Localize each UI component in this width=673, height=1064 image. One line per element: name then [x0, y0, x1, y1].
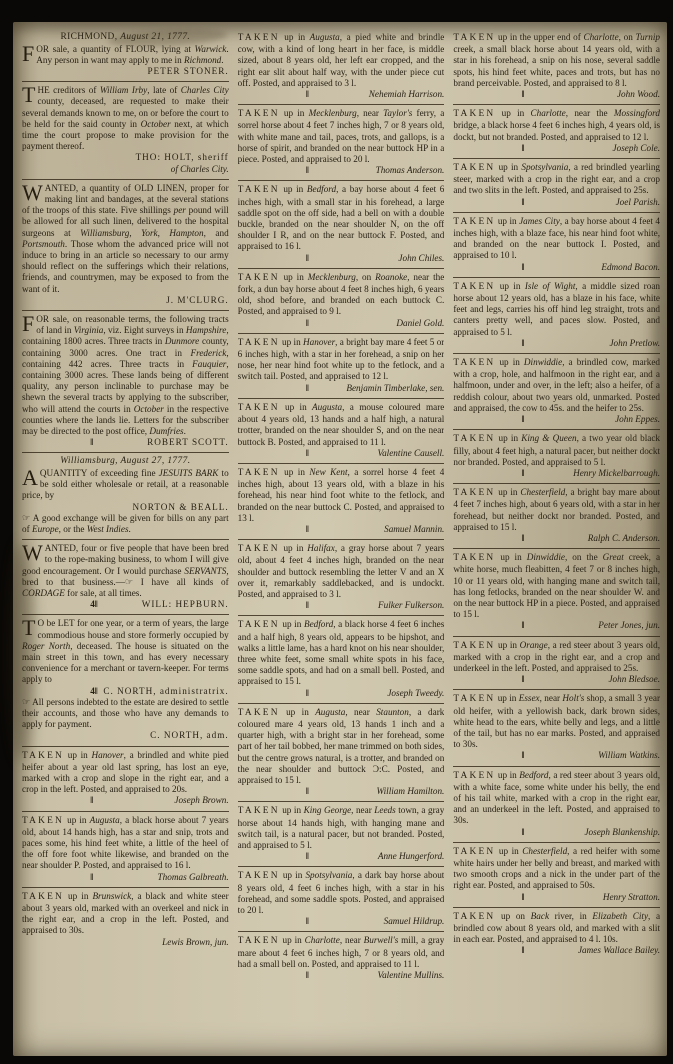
signature-line: ‖Joseph Blankenship. — [453, 827, 660, 838]
notice-lead: TAKEN — [238, 468, 280, 478]
section-mark: ‖ — [306, 524, 309, 535]
signatory-name: John Bledsoe. — [608, 674, 660, 685]
notice-text: TAKEN up in King & Queen, a two year old… — [453, 433, 660, 468]
signature-line: ‖William Watkins. — [453, 750, 660, 761]
section-mark: ‖ — [306, 916, 309, 927]
notice-lead: TAKEN — [238, 33, 280, 43]
notice-text: TO be LET for one year, or a term of yea… — [22, 618, 229, 685]
notice-text: TAKEN up in Spotsylvania, a red brindled… — [453, 162, 660, 197]
signature-line: ‖John Bledsoe. — [453, 674, 660, 685]
signatory-name: Anne Hungerford. — [378, 851, 445, 862]
notice: TAKEN up in Chesterfield, a bright bay m… — [453, 483, 660, 546]
notice-text: ☞ All persons indebted to the estate are… — [22, 697, 229, 731]
notice-lead: TAKEN — [453, 434, 495, 444]
signatory-name: Henry Stratton. — [603, 892, 660, 903]
notice-text: TAKEN up in Bedford, a bay horse about 4… — [238, 184, 445, 252]
signatory-name: John Pretlow. — [609, 338, 660, 349]
signature-line: 4‖C. NORTH, administratrix. — [22, 686, 229, 697]
notice-text: TAKEN up in Bedford, a red steer about 3… — [453, 770, 660, 827]
signatory-name: C. NORTH, administratrix. — [103, 686, 228, 697]
signatory-name: Joseph Cole. — [613, 143, 660, 154]
signatory-name: ROBERT SCOTT. — [147, 437, 229, 448]
signatory-name: Ralph C. Anderson. — [588, 533, 660, 544]
signatory-name: Joseph Tweedy. — [387, 688, 444, 699]
signature-line: ‖Ralph C. Anderson. — [453, 533, 660, 544]
notice-text: TAKEN up in Mecklenburg, near Taylor's f… — [238, 108, 445, 165]
signature-line: ‖ROBERT SCOTT. — [22, 437, 229, 448]
signature-line: ‖William Hamilton. — [238, 786, 445, 797]
section-mark: ‖ — [306, 165, 309, 176]
dateline: Williamsburg, August 27, 1777. — [22, 456, 229, 468]
signatory-name: John Chiles. — [398, 253, 444, 264]
notice-lead: TAKEN — [453, 694, 495, 704]
notice: TAKEN up in Mecklenburg, on Roanoke, nea… — [238, 268, 445, 331]
notice-text: TAKEN up in Augusta, a mouse coloured ma… — [238, 402, 445, 448]
signature-line: ‖Nehemiah Harrison. — [238, 89, 445, 100]
notice: WANTED, four or five people that have be… — [22, 539, 229, 612]
notice-lead: TAKEN — [238, 620, 280, 630]
signatory-name: PETER STONER. — [147, 66, 228, 77]
section-mark: ‖ — [306, 688, 309, 699]
section-mark: ‖ — [522, 414, 525, 425]
signature-line: ‖John Eppes. — [453, 414, 660, 425]
section-mark: ‖ — [522, 892, 525, 903]
section-mark: ‖ — [306, 318, 309, 329]
signatory-name: James Wallace Bailey. — [578, 945, 660, 956]
notice-lead: TAKEN — [238, 806, 280, 816]
signatory-name: Lewis Brown, jun. — [162, 937, 229, 948]
notice-text: TAKEN up in Chesterfield, a bright bay m… — [453, 487, 660, 533]
section-mark: ‖ — [306, 253, 309, 264]
notice-lead: TAKEN — [453, 33, 495, 43]
signature-line: ‖Valentine Causell. — [238, 448, 445, 459]
notice-text: TAKEN up in Mecklenburg, on Roanoke, nea… — [238, 272, 445, 318]
notice-text: WANTED, a quantity of OLD LINEN, proper … — [22, 183, 229, 295]
signatory-name: of Charles City. — [171, 164, 229, 175]
notice: TAKEN up in James City, a bay horse abou… — [453, 212, 660, 275]
section-mark: ‖ — [90, 872, 93, 883]
notice-lead: TAKEN — [238, 109, 280, 119]
section-mark: ‖ — [522, 197, 525, 208]
notice-lead: TAKEN — [238, 403, 280, 413]
notice-text: TAKEN up in Isle of Wight, a middle size… — [453, 281, 660, 338]
signature-line: NORTON & BEALL. — [22, 502, 229, 513]
notice: TAKEN up in Bedford, a red steer about 3… — [453, 766, 660, 840]
signature-line: PETER STONER. — [22, 66, 229, 77]
signature-line: ‖Daniel Gold. — [238, 318, 445, 329]
section-mark: ‖ — [522, 750, 525, 761]
notice-text: TAKEN up in the upper end of Charlotte, … — [453, 32, 660, 89]
section-mark: 4‖ — [90, 599, 98, 610]
notice: TAKEN up in Isle of Wight, a middle size… — [453, 277, 660, 351]
drop-cap: T — [22, 85, 37, 105]
notice-text: FOR sale, a quantity of FLOUR, lying at … — [22, 44, 229, 66]
column-1: RICHMOND, August 21, 1777.FOR sale, a qu… — [22, 31, 229, 1050]
notice-text: TAKEN up on Back river, in Elizabeth Cit… — [453, 911, 660, 946]
notice: TAKEN up in Augusta, a pied white and br… — [238, 31, 445, 102]
notice-text: TAKEN up in Halifax, a gray horse about … — [238, 543, 445, 600]
notice-text: TAKEN up in Orange, a red steer about 3 … — [453, 640, 660, 675]
signature-line: ‖Thomas Anderson. — [238, 165, 445, 176]
notice: TAKEN up in Charlotte, near Burwell's mi… — [238, 931, 445, 983]
section-mark: ‖ — [306, 786, 309, 797]
signatory-name: John Eppes. — [615, 414, 660, 425]
notice: TAKEN up in Halifax, a gray horse about … — [238, 539, 445, 613]
drop-cap: F — [22, 314, 36, 334]
notice-text: TAKEN up in Chesterfield, a red heifer w… — [453, 846, 660, 892]
signature-line: ‖Anne Hungerford. — [238, 851, 445, 862]
section-mark: ‖ — [306, 89, 309, 100]
signature-line: of Charles City. — [22, 164, 229, 175]
signature-line: ‖Joseph Cole. — [453, 143, 660, 154]
signatory-name: Joel Parish. — [616, 197, 660, 208]
notice: Williamsburg, August 27, 1777.AQUANTITY … — [22, 452, 229, 537]
notice-text: TAKEN up in Dinwiddie, a brindled cow, m… — [453, 357, 660, 414]
signature-line: ‖Henry Mickelbarrough. — [453, 468, 660, 479]
section-mark: ‖ — [522, 533, 525, 544]
notice-text: AQUANTITY of exceeding fine JESUITS BARK… — [22, 468, 229, 502]
signature-line: ‖John Pretlow. — [453, 338, 660, 349]
signature-line: ‖Peter Jones, jun. — [453, 620, 660, 631]
notice-lead: TAKEN — [453, 553, 495, 563]
notice: TAKEN up in Augusta, a mouse coloured ma… — [238, 398, 445, 461]
section-mark: ‖ — [306, 383, 309, 394]
notice: TAKEN up in Spotsylvania, a dark bay hor… — [238, 866, 445, 929]
notice: TAKEN up in Essex, near Holt's shop, a s… — [453, 689, 660, 763]
notice: TAKEN up in Dinwiddie, on the Great cree… — [453, 548, 660, 633]
notice: TAKEN up in King & Queen, a two year old… — [453, 429, 660, 481]
notice: TAKEN up in Augusta, near Staunton, a da… — [238, 703, 445, 800]
column-2: TAKEN up in Augusta, a pied white and br… — [238, 31, 445, 1050]
notice-text: TAKEN up in King George, near Leeds town… — [238, 805, 445, 851]
notice: TAKEN up in New Kent, a sorrel horse 4 f… — [238, 463, 445, 537]
notice-lead: TAKEN — [238, 338, 280, 348]
notice-text: TAKEN up in Charlotte, near the Mossingf… — [453, 108, 660, 143]
notice-lead: TAKEN — [238, 185, 280, 195]
notice: TAKEN up in Spotsylvania, a red brindled… — [453, 158, 660, 210]
notice-text: TAKEN up in Hanover, a brindled and whit… — [22, 750, 229, 796]
notice: TAKEN up in Chesterfield, a red heifer w… — [453, 842, 660, 905]
signature-line: Lewis Brown, jun. — [22, 937, 229, 948]
signatory-name: John Wood. — [617, 89, 660, 100]
section-mark: ‖ — [522, 143, 525, 154]
notice-lead: TAKEN — [238, 936, 280, 946]
notice-lead: TAKEN — [453, 282, 495, 292]
section-mark: ‖ — [522, 338, 525, 349]
notice: TO be LET for one year, or a term of yea… — [22, 614, 229, 743]
signature-line: ‖Thomas Galbreath. — [22, 872, 229, 883]
signatory-name: NORTON & BEALL. — [132, 502, 228, 513]
signature-line: ‖James Wallace Bailey. — [453, 945, 660, 956]
section-mark: ‖ — [522, 620, 525, 631]
notice: FOR sale, on reasonable terms, the follo… — [22, 310, 229, 450]
notice-text: TAKEN up in Augusta, a pied white and br… — [238, 32, 445, 89]
section-mark: ‖ — [522, 674, 525, 685]
signatory-name: Thomas Anderson. — [376, 165, 445, 176]
notice-lead: TAKEN — [453, 847, 495, 857]
dateline: RICHMOND, August 21, 1777. — [22, 32, 229, 44]
notice-text: TAKEN up in Hanover, a bright bay mare 4… — [238, 337, 445, 383]
notice: TAKEN up in Hanover, a bright bay mare 4… — [238, 333, 445, 396]
signature-line: ‖Benjamin Timberlake, sen. — [238, 383, 445, 394]
drop-cap: F — [22, 44, 36, 64]
notice-lead: TAKEN — [238, 871, 280, 881]
drop-cap: T — [22, 618, 37, 638]
signatory-name: J. M'CLURG. — [166, 295, 228, 306]
section-mark: ‖ — [90, 795, 93, 806]
notice: WANTED, a quantity of OLD LINEN, proper … — [22, 179, 229, 308]
drop-cap: A — [22, 468, 40, 488]
notice-text: TAKEN up in Augusta, a black horse about… — [22, 815, 229, 872]
notice: TAKEN up in Dinwiddie, a brindled cow, m… — [453, 353, 660, 427]
notice-lead: TAKEN — [453, 163, 495, 173]
column-3: TAKEN up in the upper end of Charlotte, … — [453, 31, 660, 1050]
signatory-name: William Watkins. — [598, 750, 660, 761]
signatory-name: Daniel Gold. — [396, 318, 444, 329]
section-mark: 4‖ — [90, 686, 98, 697]
notice-text: TAKEN up in Bedford, a black horse 4 fee… — [238, 619, 445, 687]
notice: TAKEN up in Charlotte, near the Mossingf… — [453, 104, 660, 156]
section-mark: ‖ — [522, 262, 525, 273]
signature-line: ‖Henry Stratton. — [453, 892, 660, 903]
section-mark: ‖ — [306, 970, 309, 981]
signatory-name: Fulker Fulkerson. — [378, 600, 444, 611]
signatory-name: Peter Jones, jun. — [598, 620, 660, 631]
signature-line: 4‖WILL: HEPBURN. — [22, 599, 229, 610]
signatory-name: Samuel Hildrup. — [384, 916, 445, 927]
notice: TAKEN up in Mecklenburg, near Taylor's f… — [238, 104, 445, 178]
notice-text: TAKEN up in Augusta, near Staunton, a da… — [238, 707, 445, 786]
newspaper-page: RICHMOND, August 21, 1777.FOR sale, a qu… — [13, 22, 667, 1056]
signature-line: ‖John Wood. — [453, 89, 660, 100]
notice: TAKEN up in King George, near Leeds town… — [238, 801, 445, 864]
columns: RICHMOND, August 21, 1777.FOR sale, a qu… — [22, 31, 660, 1050]
section-mark: ‖ — [522, 89, 525, 100]
signature-line: ‖Joseph Brown. — [22, 795, 229, 806]
signature-line: ‖Fulker Fulkerson. — [238, 600, 445, 611]
notice: TAKEN up in Augusta, a black horse about… — [22, 811, 229, 885]
notice-lead: TAKEN — [453, 109, 495, 119]
section-mark: ‖ — [522, 827, 525, 838]
signatory-name: Henry Mickelbarrough. — [573, 468, 660, 479]
notice-lead: TAKEN — [238, 708, 280, 718]
section-mark: ‖ — [90, 437, 93, 448]
signature-line: ‖Joseph Tweedy. — [238, 688, 445, 699]
signatory-name: C. NORTH, adm. — [150, 730, 229, 741]
signature-line: ‖Valentine Mullins. — [238, 970, 445, 981]
signature-line: C. NORTH, adm. — [22, 730, 229, 741]
drop-cap: W — [22, 183, 45, 203]
signature-line: J. M'CLURG. — [22, 295, 229, 306]
notice-lead: TAKEN — [453, 912, 495, 922]
signatory-name: Edmond Bacon. — [601, 262, 660, 273]
notice: TAKEN up in Brunswick, a black and white… — [22, 887, 229, 950]
notice-lead: TAKEN — [453, 488, 495, 498]
section-mark: ‖ — [306, 851, 309, 862]
signatory-name: Valentine Causell. — [377, 448, 444, 459]
notice-lead: TAKEN — [453, 217, 495, 227]
notice-text: TAKEN up in Dinwiddie, on the Great cree… — [453, 552, 660, 620]
notice-lead: TAKEN — [22, 892, 64, 902]
notice: TAKEN up in Bedford, a bay horse about 4… — [238, 180, 445, 265]
notice-text: TAKEN up in Brunswick, a black and white… — [22, 891, 229, 937]
section-mark: ‖ — [306, 448, 309, 459]
section-mark: ‖ — [522, 945, 525, 956]
notice-lead: TAKEN — [22, 751, 64, 761]
signatory-name: Joseph Blankenship. — [584, 827, 660, 838]
notice-text: ☞ A good exchange will be given for bill… — [22, 513, 229, 535]
notice-lead: TAKEN — [453, 641, 495, 651]
notice: TAKEN up in Bedford, a black horse 4 fee… — [238, 615, 445, 700]
notice-text: THE creditors of William Irby, late of C… — [22, 85, 229, 152]
signature-line: ‖John Chiles. — [238, 253, 445, 264]
notice: RICHMOND, August 21, 1777.FOR sale, a qu… — [22, 31, 229, 79]
notice-lead: TAKEN — [22, 816, 64, 826]
section-mark: ‖ — [306, 600, 309, 611]
signatory-name: Benjamin Timberlake, sen. — [346, 383, 444, 394]
signatory-name: THO: HOLT, sheriff — [136, 152, 229, 163]
notice: THE creditors of William Irby, late of C… — [22, 81, 229, 177]
signatory-name: Nehemiah Harrison. — [369, 89, 445, 100]
notice-text: WANTED, four or five people that have be… — [22, 543, 229, 599]
section-mark: ‖ — [522, 468, 525, 479]
notice: TAKEN up in Hanover, a brindled and whit… — [22, 746, 229, 809]
notice-text: TAKEN up in Spotsylvania, a dark bay hor… — [238, 870, 445, 916]
signatory-name: William Hamilton. — [376, 786, 444, 797]
notice: TAKEN up in the upper end of Charlotte, … — [453, 31, 660, 102]
signature-line: THO: HOLT, sheriff — [22, 152, 229, 163]
notice-lead: TAKEN — [453, 358, 495, 368]
signatory-name: Samuel Mannin. — [384, 524, 444, 535]
notice-text: TAKEN up in Charlotte, near Burwell's mi… — [238, 935, 445, 970]
signature-line: ‖Samuel Hildrup. — [238, 916, 445, 927]
signatory-name: Valentine Mullins. — [377, 970, 444, 981]
notice-lead: TAKEN — [453, 771, 495, 781]
notice-text: FOR sale, on reasonable terms, the follo… — [22, 314, 229, 437]
signature-line: ‖Edmond Bacon. — [453, 262, 660, 273]
notice-text: TAKEN up in James City, a bay horse abou… — [453, 216, 660, 262]
notice-lead: TAKEN — [238, 544, 280, 554]
signatory-name: WILL: HEPBURN. — [142, 599, 229, 610]
signature-line: ‖Joel Parish. — [453, 197, 660, 208]
notice-text: TAKEN up in New Kent, a sorrel horse 4 f… — [238, 467, 445, 524]
notice-lead: TAKEN — [238, 273, 280, 283]
drop-cap: W — [22, 543, 45, 563]
signatory-name: Joseph Brown. — [174, 795, 228, 806]
notice: TAKEN up in Orange, a red steer about 3 … — [453, 636, 660, 688]
signature-line: ‖Samuel Mannin. — [238, 524, 445, 535]
notice: TAKEN up on Back river, in Elizabeth Cit… — [453, 907, 660, 959]
signatory-name: Thomas Galbreath. — [158, 872, 229, 883]
notice-text: TAKEN up in Essex, near Holt's shop, a s… — [453, 693, 660, 750]
